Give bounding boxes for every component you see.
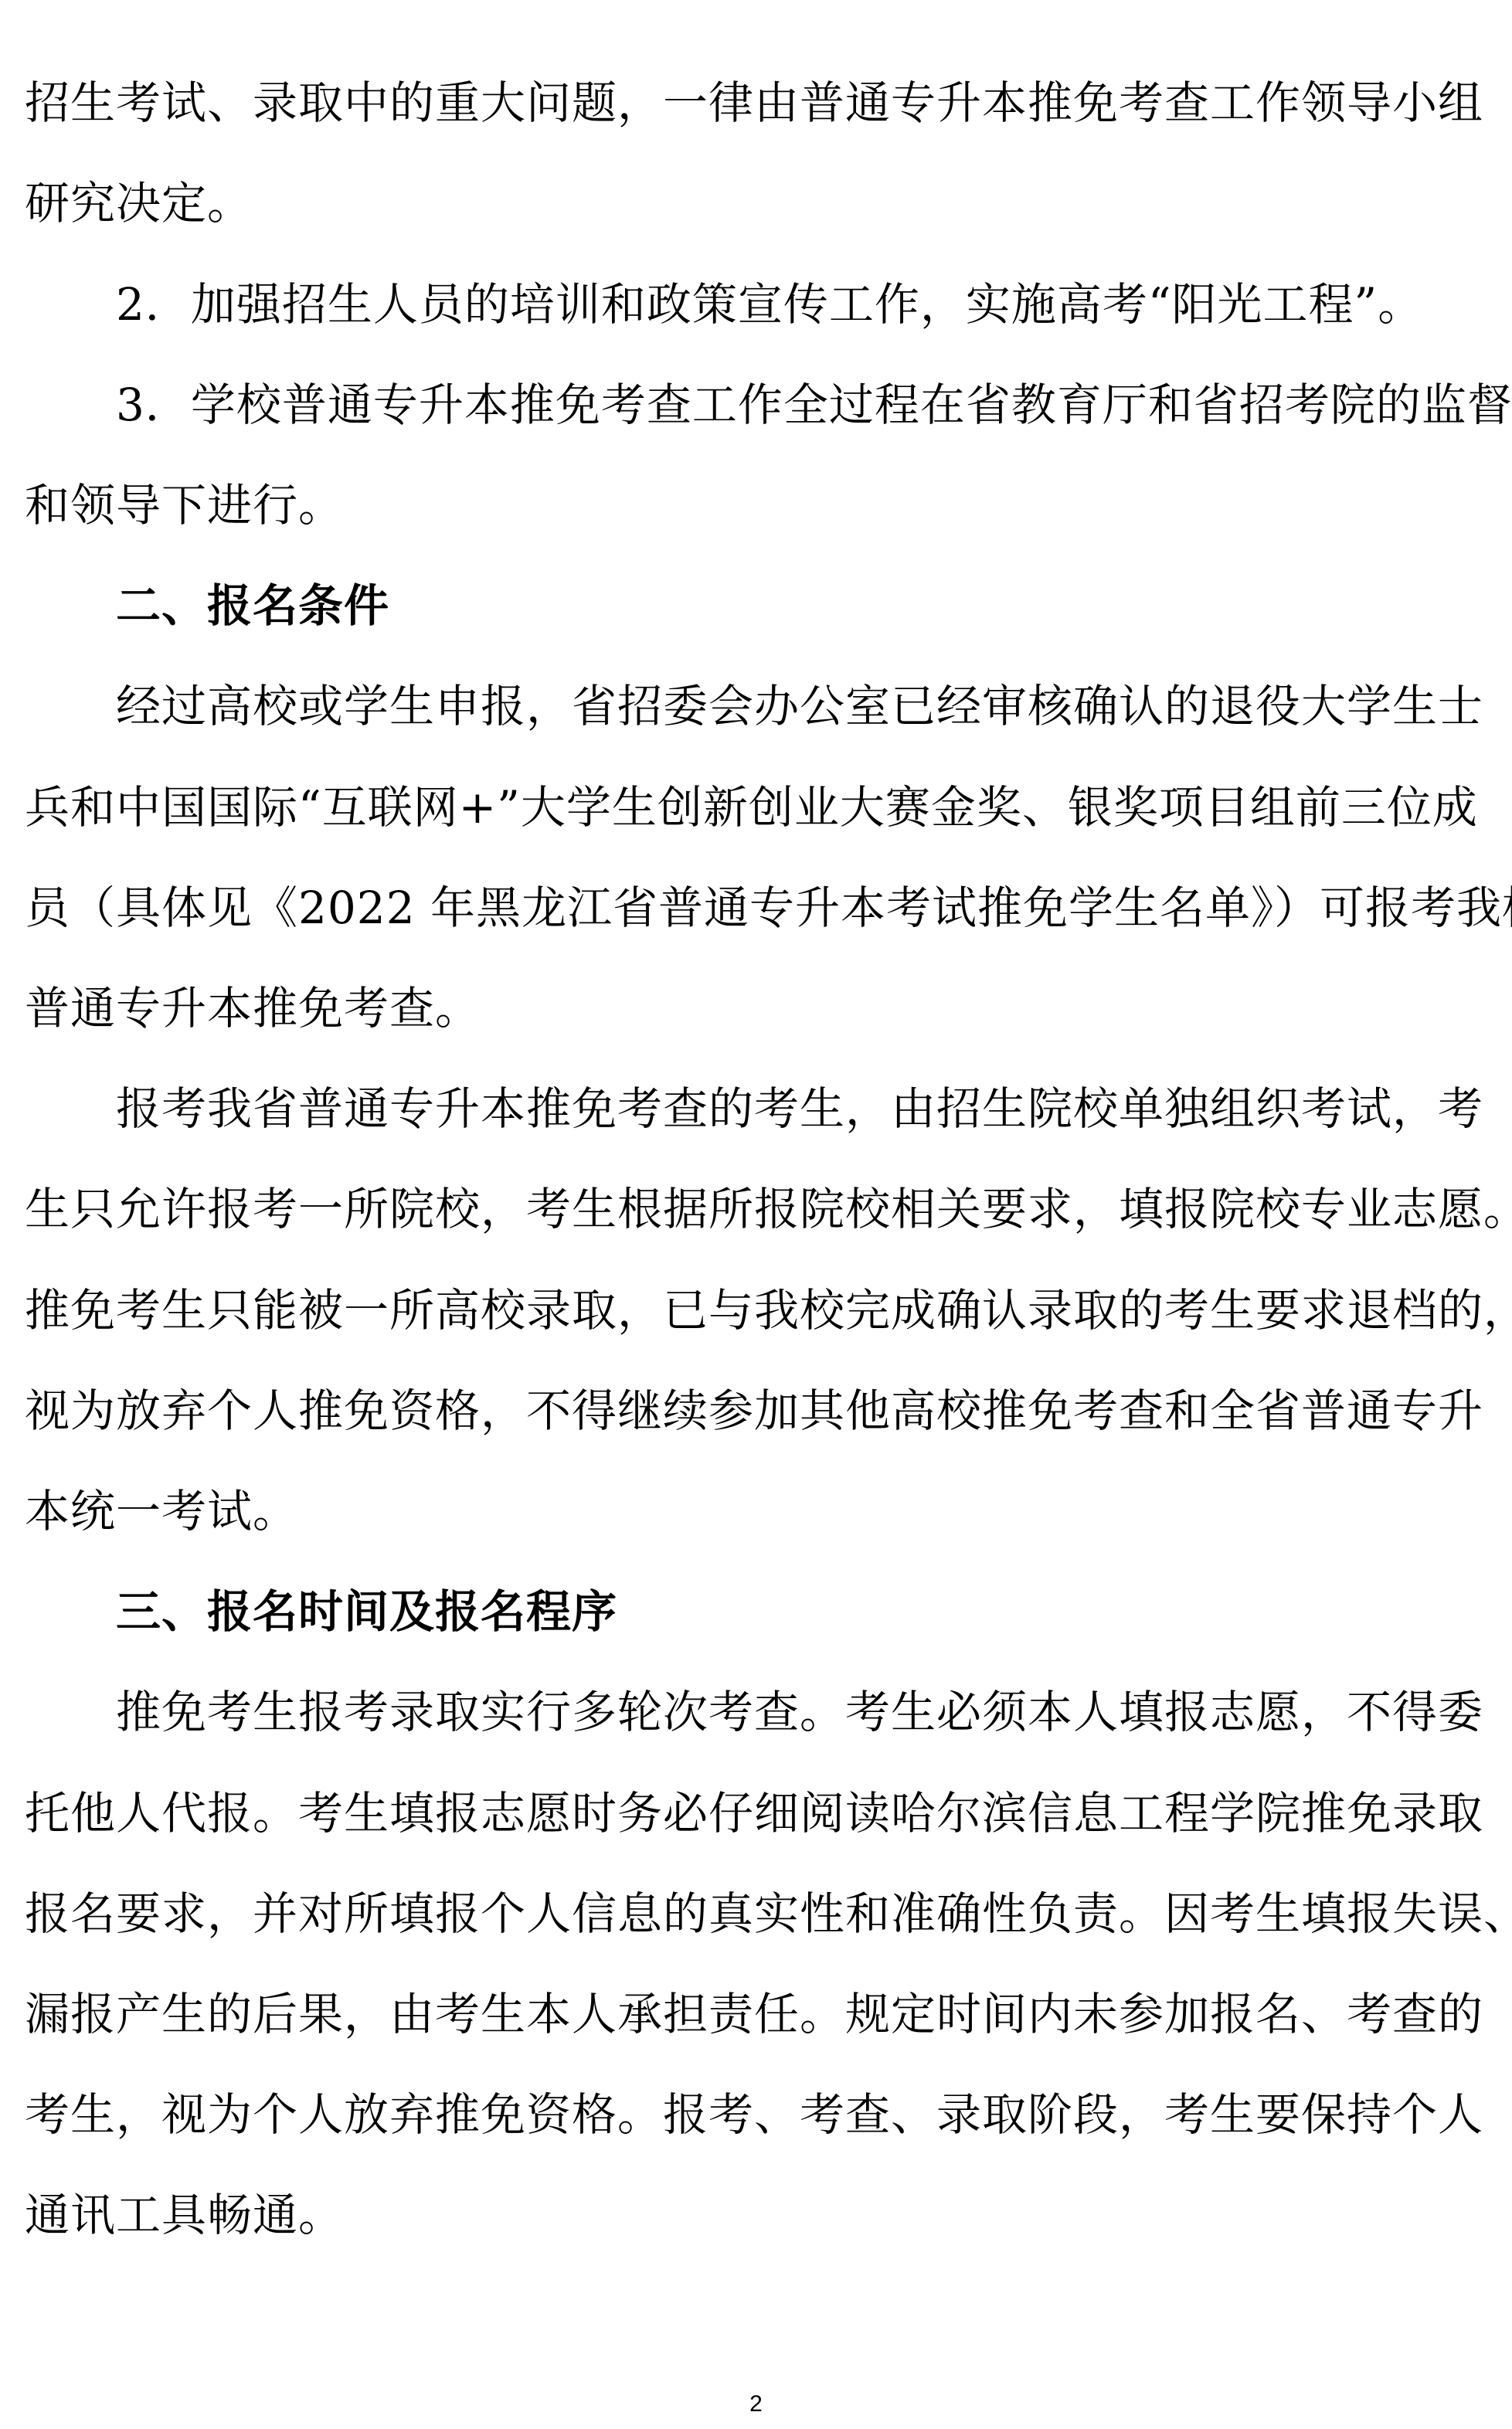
body-text-line: 生只允许报考一所院校，考生根据所报院校相关要求，填报院校专业志愿。 xyxy=(25,1183,1493,1235)
paragraph-start: 推免考生报考录取实行多轮次考查。考生必须本人填报志愿，不得委 xyxy=(116,1686,1512,1738)
paragraph-start: 报考我省普通专升本推免考查的考生，由招生院校单独组织考试，考 xyxy=(116,1082,1512,1135)
body-text-line: 兵和中国国际“互联网+”大学生创新创业大赛金奖、银奖项目组前三位成 xyxy=(25,781,1493,834)
body-text-line: 和领导下进行。 xyxy=(25,479,1493,532)
body-text-line: 视为放弃个人推免资格，不得继续参加其他高校推免考查和全省普通专升 xyxy=(25,1384,1493,1437)
numbered-item-3: 3．学校普通专升本推免考查工作全过程在省教育厅和省招考院的监督 xyxy=(116,379,1512,431)
body-text-line: 招生考试、录取中的重大问题，一律由普通专升本推免考查工作领导小组 xyxy=(25,76,1493,129)
body-text-line: 员（具体见《2022 年黑龙江省普通专升本考试推免学生名单》）可报考我校 xyxy=(25,882,1493,934)
body-text-line: 托他人代报。考生填报志愿时务必仔细阅读哈尔滨信息工程学院推免录取 xyxy=(25,1787,1493,1840)
body-text-line: 推免考生只能被一所高校录取，已与我校完成确认录取的考生要求退档的， xyxy=(25,1284,1493,1337)
body-text-line: 研究决定。 xyxy=(25,177,1493,229)
body-text-line: 报名要求，并对所填报个人信息的真实性和准确性负责。因考生填报失误、 xyxy=(25,1887,1493,1940)
page-number: 2 xyxy=(0,2390,1512,2418)
body-text-line: 本统一考试。 xyxy=(25,1485,1493,1537)
body-text-line: 普通专升本推免考查。 xyxy=(25,982,1493,1034)
numbered-item-2: 2．加强招生人员的培训和政策宣传工作，实施高考“阳光工程”。 xyxy=(116,278,1512,331)
document-page: 招生考试、录取中的重大问题，一律由普通专升本推免考查工作领导小组 研究决定。 2… xyxy=(0,0,1512,2429)
section-heading-registration-conditions: 二、报名条件 xyxy=(116,579,1512,632)
body-text-line: 漏报产生的后果，由考生本人承担责任。规定时间内未参加报名、考查的 xyxy=(25,1988,1493,2040)
section-heading-registration-time-procedure: 三、报名时间及报名程序 xyxy=(116,1585,1512,1638)
body-text-line: 通讯工具畅通。 xyxy=(25,2189,1493,2241)
body-text-line: 考生，视为个人放弃推免资格。报考、考查、录取阶段，考生要保持个人 xyxy=(25,2088,1493,2141)
paragraph-start: 经过高校或学生申报，省招委会办公室已经审核确认的退役大学生士 xyxy=(116,680,1512,732)
